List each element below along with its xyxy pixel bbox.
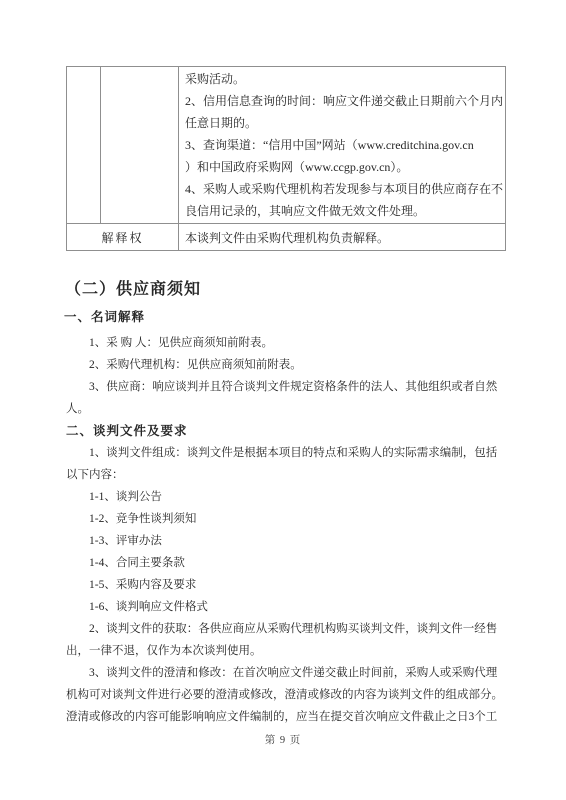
table-row: 解释权 本谈判文件由采购代理机构负责解释。 (67, 224, 506, 251)
terms-definition-lines: 1、采 购 人：见供应商须知前附表。2、采购代理机构：见供应商须知前附表。3、供… (66, 332, 512, 420)
text-line: 良信用记录的，其响应文件做无效文件处理。 (185, 200, 499, 222)
text-line: 3、供应商：响应谈判并且符合谈判文件规定资格条件的法人、其他组织或者自然 (66, 376, 512, 398)
table-cell-credit-terms: 采购活动。2、信用信息查询的时间：响应文件递交截止日期前六个月内任意日期的。3、… (179, 67, 506, 224)
text-line: 1-5、采购内容及要求 (66, 574, 512, 596)
table-row: 采购活动。2、信用信息查询的时间：响应文件递交截止日期前六个月内任意日期的。3、… (67, 67, 506, 224)
text-line: 以下内容： (66, 464, 512, 486)
text-line: 2、谈判文件的获取：各供应商应从采购代理机构购买谈判文件，谈判文件一经售 (66, 618, 512, 640)
table-cell-empty-1 (67, 67, 101, 224)
text-line: 2、采购代理机构：见供应商须知前附表。 (66, 354, 512, 376)
text-line: 3、谈判文件的澄清和修改：在首次响应文件递交截止时间前，采购人或采购代理 (66, 662, 512, 684)
text-line: 1、采 购 人：见供应商须知前附表。 (66, 332, 512, 354)
text-line: 1-1、谈判公告 (66, 486, 512, 508)
interpretation-right-label: 解释权 (67, 224, 179, 251)
text-line: 2、信用信息查询的时间：响应文件递交截止日期前六个月内 (185, 90, 499, 112)
text-line: 出，一律不退，仅作为本次谈判使用。 (66, 640, 512, 662)
text-line: 1-3、评审办法 (66, 530, 512, 552)
text-line: 1-6、谈判响应文件格式 (66, 596, 512, 618)
subsection-heading-terms: 一、名词解释 (64, 309, 145, 325)
text-line: 1-2、竞争性谈判须知 (66, 508, 512, 530)
text-line: 4、采购人或采购代理机构若发现参与本项目的供应商存在不 (185, 178, 499, 200)
table-cell-empty-2 (101, 67, 179, 224)
section-title: （二）供应商须知 (65, 280, 201, 300)
text-line: 人。 (66, 398, 512, 420)
interpretation-right-text: 本谈判文件由采购代理机构负责解释。 (185, 227, 499, 249)
text-line: 机构可对谈判文件进行必要的澄清或修改，澄清或修改的内容为谈判文件的组成部分。 (66, 684, 512, 706)
text-line: 1-4、合同主要条款 (66, 552, 512, 574)
document-page: 采购活动。2、信用信息查询的时间：响应文件递交截止日期前六个月内任意日期的。3、… (0, 0, 566, 800)
document-body: 1、采 购 人：见供应商须知前附表。2、采购代理机构：见供应商须知前附表。3、供… (66, 332, 512, 728)
text-line: 澄清或修改的内容可能影响响应文件编制的，应当在提交首次响应文件截止之日3个工 (66, 706, 512, 728)
text-line: 1、谈判文件组成：谈判文件是根据本项目的特点和采购人的实际需求编制，包括 (66, 442, 512, 464)
subsection-heading-documents: 二、谈判文件及要求 (66, 420, 512, 442)
text-line: 3、查询渠道：“信用中国”网站（www.creditchina.gov.cn (185, 134, 499, 156)
terms-table: 采购活动。2、信用信息查询的时间：响应文件递交截止日期前六个月内任意日期的。3、… (66, 66, 506, 251)
table-cell-interpretation: 本谈判文件由采购代理机构负责解释。 (179, 224, 506, 251)
text-line: 任意日期的。 (185, 112, 499, 134)
text-line: 采购活动。 (185, 68, 499, 90)
credit-terms-text: 采购活动。2、信用信息查询的时间：响应文件递交截止日期前六个月内任意日期的。3、… (179, 67, 505, 223)
text-line: ）和中国政府采购网（www.ccgp.gov.cn）。 (185, 156, 499, 178)
page-number: 第 9 页 (0, 734, 566, 748)
document-requirement-lines: 1、谈判文件组成：谈判文件是根据本项目的特点和采购人的实际需求编制，包括以下内容… (66, 442, 512, 728)
